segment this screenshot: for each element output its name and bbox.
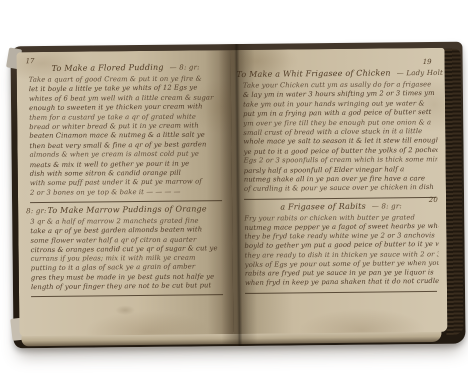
recipe-title-text: To Make a Flored Pudding xyxy=(52,63,164,73)
photo-background: { "colors": { "background": "#ffffff", "… xyxy=(0,0,468,382)
right-page-content: 19 To Make a Whit Frigasee of Chicken — … xyxy=(230,48,447,334)
manuscript-line: almonds & when ye cream is almost cold p… xyxy=(30,150,224,161)
recipe-body-fricassee-rabbits: Fry your rabits or chicken with butter y… xyxy=(244,213,439,289)
ink-rule xyxy=(245,290,437,293)
manuscript-line: Take your Chicken cutt ym as usally do f… xyxy=(243,80,437,91)
manuscript-line: some flower water half a qr of citron a … xyxy=(30,235,224,245)
recipe-title-text: To Make a Whit Frigasee of Chicken xyxy=(236,68,390,79)
manuscript-line: of curdling it & pour ye sauce over ye c… xyxy=(244,183,438,194)
open-pages: 17 To Make a Flored Pudding — 8: gr: Tak… xyxy=(16,48,447,336)
manuscript-line: Egs 2 or 3 spoonfulls of cream which is … xyxy=(244,156,438,167)
left-page: 17 To Make a Flored Pudding — 8: gr: Tak… xyxy=(16,50,233,336)
recipe-title-flored-pudding: To Make a Flored Pudding — 8: gr: xyxy=(29,62,223,73)
ink-rule xyxy=(31,294,223,297)
right-page: 19 To Make a Whit Frigasee of Chicken — … xyxy=(230,48,447,334)
manuscript-line: when fryd in keep ye pana shaken that it… xyxy=(245,277,439,288)
manuscript-line: whole mace ye salt to season it & let it… xyxy=(243,137,437,148)
left-page-content: 17 To Make a Flored Pudding — 8: gr: Tak… xyxy=(16,50,233,336)
recipe-body-flored-pudding: Take a quart of good Cream & put it on y… xyxy=(29,74,224,198)
page-number-19: 19 xyxy=(423,58,432,66)
manuscript-line: 2 or 3 bones on ye top & bake it — — — — xyxy=(30,187,224,198)
manuscript-line: rabits are fryed put ye sauce in ye pan … xyxy=(245,268,439,278)
recipe-title-text: To Make Marrow Puddings of Orange xyxy=(47,205,206,216)
manuscript-line: 3 qr & a half of marrow 2 manchets grate… xyxy=(30,217,224,227)
page-number-20: 20 xyxy=(429,196,438,204)
manuscript-line: whites of 6 beat ym well with a little c… xyxy=(29,93,223,104)
recipe-body-marrow-puddings: 3 qr & a half of marrow 2 manchets grate… xyxy=(30,216,225,292)
manuscript-book: 17 To Make a Flored Pudding — 8: gr: Tak… xyxy=(10,42,465,349)
recipe-margin-mark: 8: gr: xyxy=(26,207,47,215)
recipe-body-white-fricassee: Take your Chicken cutt ym as usally do f… xyxy=(243,80,438,195)
recipe-title-marrow-puddings: 8: gr: To Make Marrow Puddings of Orange xyxy=(30,204,224,215)
manuscript-line: take ym out in your hands wringing out y… xyxy=(243,99,437,110)
recipe-title-mark: — 8: gr: xyxy=(170,63,200,71)
manuscript-line: beaten Cinamon mace & nutmeg & a little … xyxy=(29,131,223,142)
manuscript-line: gres they must be made in ye best guts n… xyxy=(31,272,225,282)
recipe-title-mark: — 8: gr: xyxy=(372,202,402,210)
ink-rule xyxy=(244,197,436,200)
manuscript-line: Take a quart of good Cream & put it on y… xyxy=(29,75,223,86)
recipe-title-white-fricassee: To Make a Whit Frigasee of Chicken — Lad… xyxy=(243,68,437,79)
manuscript-line: they be fryd take ready white wine ye 2 … xyxy=(244,232,438,242)
recipe-attribution: — Lady Holt xyxy=(397,69,443,77)
recipe-title-fricassee-rabbits: a Frigasee of Rabits — 8: gr: 20 xyxy=(244,201,438,212)
manuscript-line: Fry your rabits or chicken with butter y… xyxy=(244,213,438,223)
recipe-title-text: a Frigasee of Rabits xyxy=(280,202,366,212)
ink-rule xyxy=(30,200,222,203)
ink-smudge xyxy=(115,305,135,315)
